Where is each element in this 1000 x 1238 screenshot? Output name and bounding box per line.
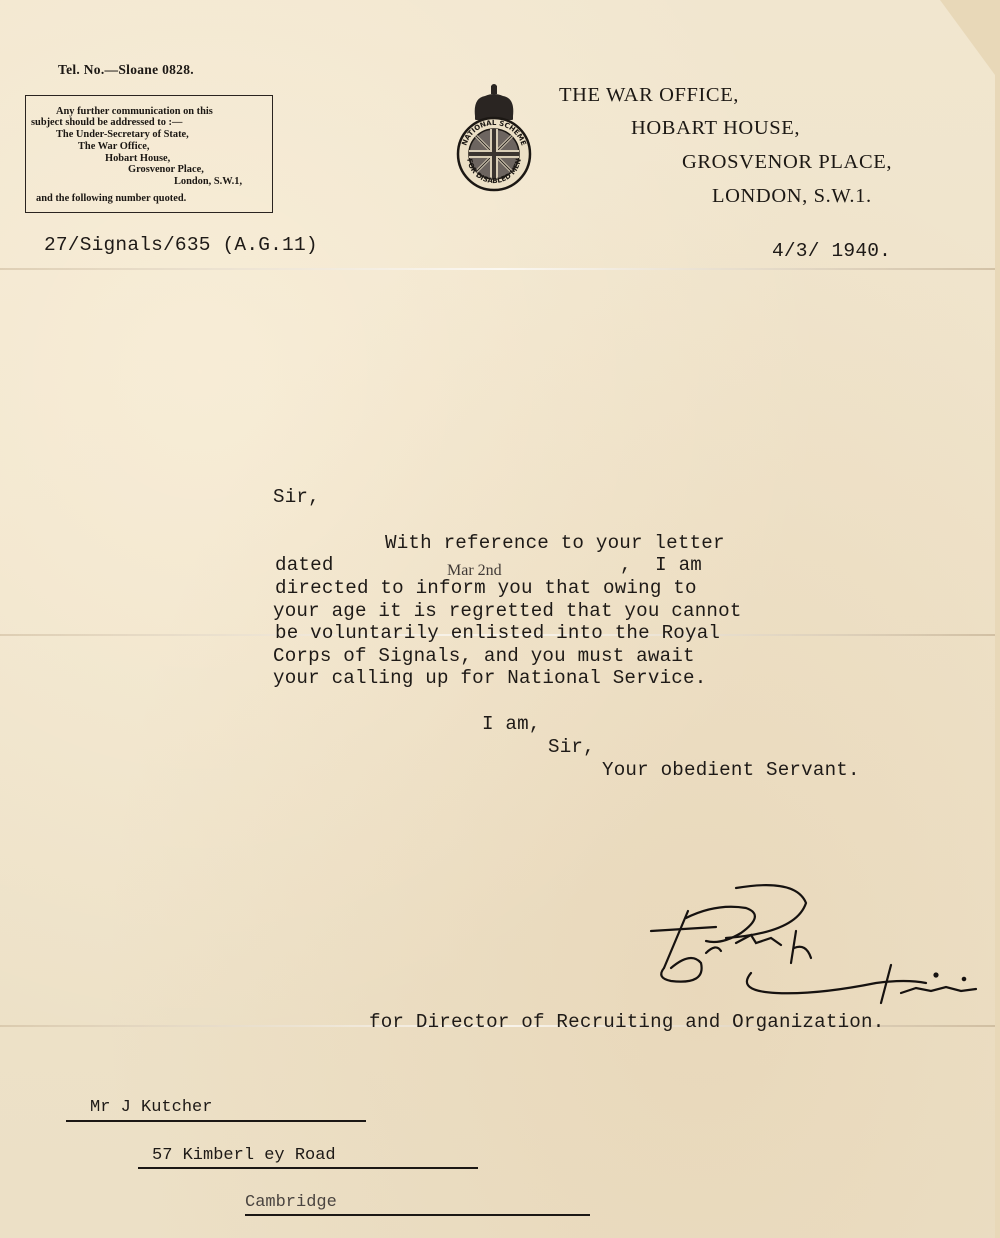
- recipient-underline: [245, 1214, 590, 1216]
- closing-line: Your obedient Servant.: [602, 759, 860, 781]
- letterhead-address-line: THE WAR OFFICE,: [559, 84, 739, 107]
- signatory-title: for Director of Recruiting and Organizat…: [369, 1011, 884, 1033]
- letterhead-address-line: LONDON, S.W.1.: [712, 185, 872, 208]
- body-line: be voluntarily enlisted into the Royal: [275, 622, 720, 644]
- reference-number: 27/Signals/635 (A.G.11): [44, 234, 318, 256]
- closing-line: I am,: [482, 713, 541, 735]
- body-line-dated: dated: [275, 554, 334, 576]
- recipient-city: Cambridge: [245, 1193, 337, 1212]
- letterhead-address-line: GROSVENOR PLACE,: [682, 151, 892, 174]
- letterhead-address-line: HOBART HOUSE,: [631, 117, 800, 140]
- notice-line: Grosvenor Place,: [128, 164, 204, 176]
- body-line: directed to inform you that owing to: [275, 577, 697, 599]
- recipient-street: 57 Kimberl ey Road: [152, 1146, 336, 1165]
- national-scheme-emblem-icon: NATIONAL SCHEME FOR DISABLED MEN: [437, 66, 519, 176]
- body-line: With reference to your letter: [385, 532, 725, 554]
- salutation: Sir,: [273, 486, 320, 508]
- handwritten-signature: [630, 865, 980, 995]
- body-line-suffix: , I am: [620, 554, 702, 576]
- body-line: your calling up for National Service.: [273, 667, 706, 689]
- correspondence-notice-box: Any further communication on this subjec…: [25, 95, 273, 213]
- recipient-underline: [66, 1120, 366, 1122]
- body-line: your age it is regretted that you cannot: [273, 600, 742, 622]
- notice-line: The Under-Secretary of State,: [56, 129, 189, 141]
- notice-line: subject should be addressed to :—: [31, 117, 182, 129]
- body-line: Corps of Signals, and you must await: [273, 645, 695, 667]
- letter-paper: Tel. No.—Sloane 0828. Any further commun…: [0, 0, 1000, 1238]
- letter-date: 4/3/ 1940.: [772, 240, 891, 262]
- notice-line: and the following number quoted.: [36, 193, 186, 205]
- telephone-number: Tel. No.—Sloane 0828.: [58, 62, 194, 78]
- recipient-name: Mr J Kutcher: [90, 1098, 212, 1117]
- notice-line: London, S.W.1,: [174, 176, 242, 188]
- paper-fold: [0, 268, 1000, 270]
- notice-line: The War Office,: [78, 141, 149, 153]
- closing-line: Sir,: [548, 736, 595, 758]
- recipient-underline: [138, 1167, 478, 1169]
